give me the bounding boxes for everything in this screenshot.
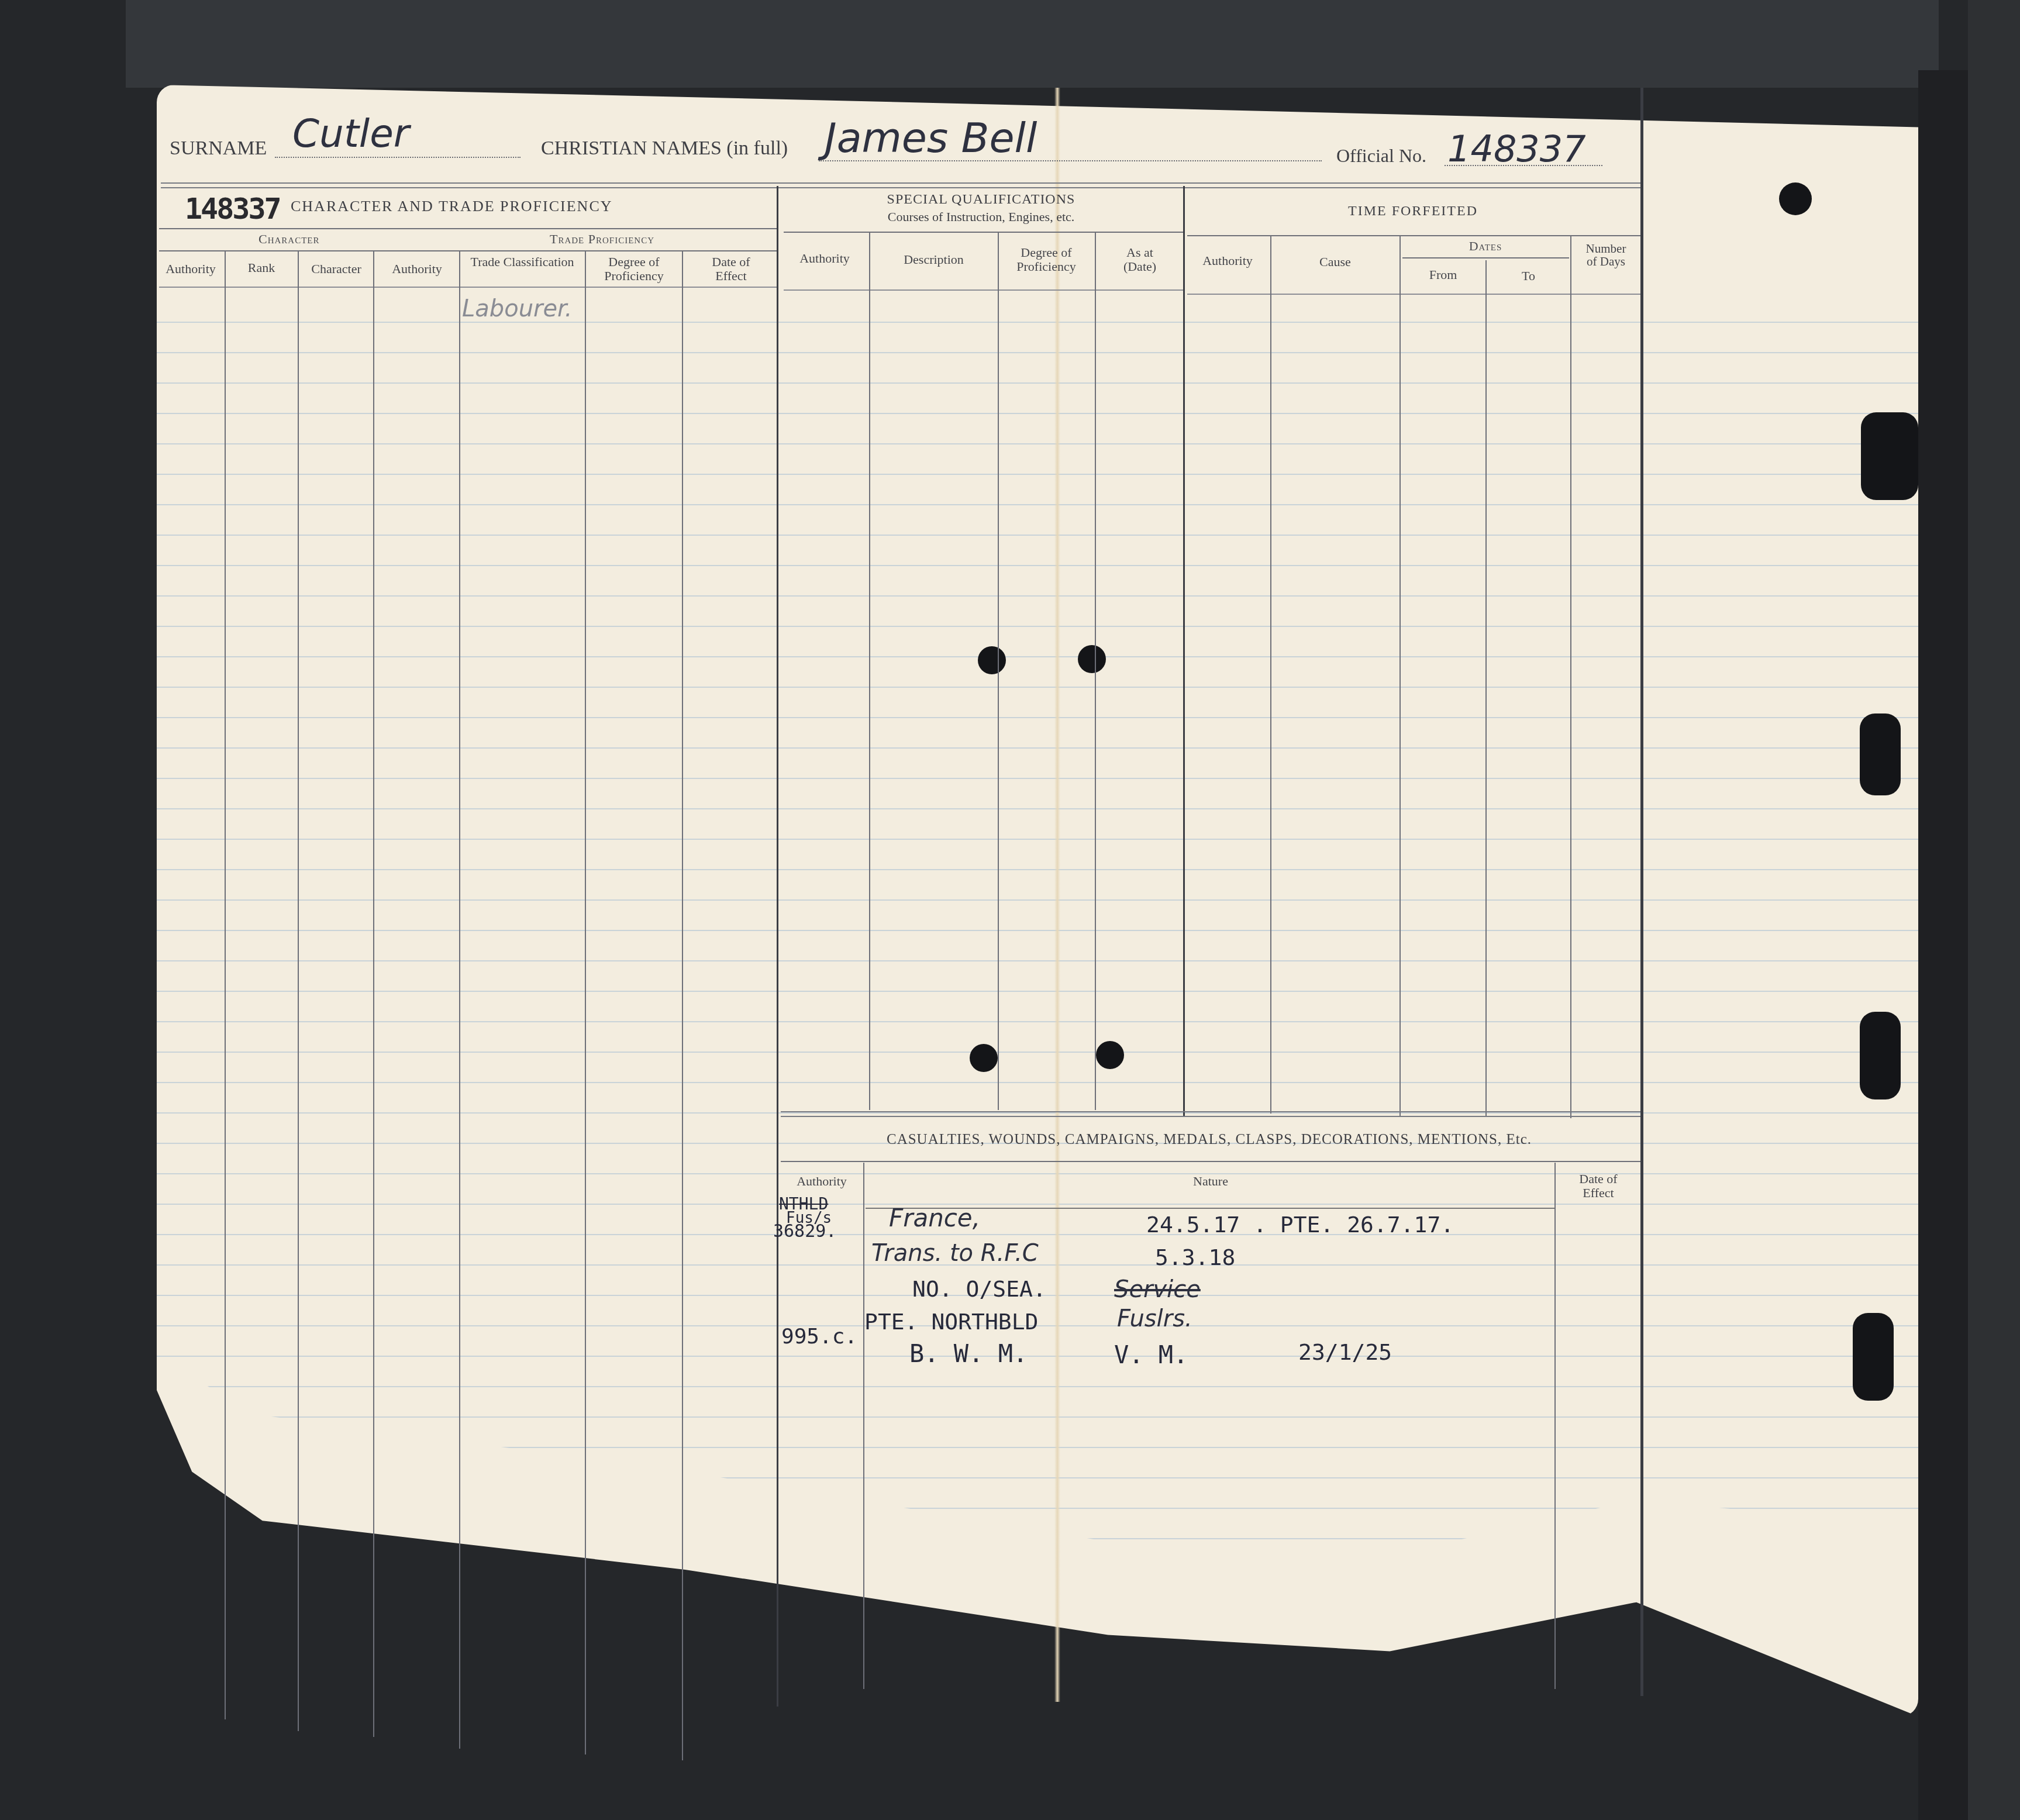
column-divider (1554, 1163, 1556, 1689)
nature-entry-left: PTE. NORTHBLD (864, 1309, 1038, 1335)
col-header-from: From (1401, 268, 1485, 282)
trade-group-label: Trade Proficiency (550, 232, 654, 247)
casualties-title: CASUALTIES, WOUNDS, CAMPAIGNS, MEDALS, C… (778, 1132, 1640, 1148)
nature-entry-right: Service (1114, 1276, 1201, 1303)
punch-hole (978, 646, 1006, 674)
col-header-to: To (1487, 269, 1570, 283)
col-header-sq-authority: Authority (781, 251, 868, 266)
column-header-rule (159, 287, 778, 288)
section-rule (784, 232, 1184, 233)
binder-ring-tab (1853, 1313, 1894, 1401)
casualties-top-rule (781, 1111, 1640, 1117)
surname-underline (275, 157, 520, 158)
punch-hole (970, 1044, 998, 1072)
column-header-rule (1187, 294, 1640, 295)
nature-entry-right: V. M. (1114, 1340, 1188, 1369)
nature-entry-date: 23/1/25 (1298, 1339, 1392, 1365)
nature-entry-right: 5.3.18 (1155, 1245, 1235, 1270)
nature-entry-left: B. W. M. (909, 1339, 1028, 1368)
column-divider (998, 233, 999, 1110)
column-divider (1485, 260, 1487, 1117)
nature-entry-right: 24.5.17 . PTE. 26.7.17. (1146, 1212, 1454, 1238)
official-no-value: 148337 (1447, 127, 1586, 170)
character-group-label: Character (258, 232, 320, 247)
column-divider (1570, 236, 1571, 1118)
section-rule (159, 228, 778, 229)
punch-hole (1096, 1041, 1124, 1069)
binder-ring-tab (1861, 412, 1918, 500)
binder-edge (1968, 0, 2020, 1820)
stamped-official-number: 148337 (185, 192, 280, 226)
christian-names-value: James Bell (825, 114, 1037, 162)
column-divider (682, 251, 683, 1760)
col-header-nature: Nature (866, 1174, 1556, 1188)
header-rule (161, 182, 1640, 188)
col-header-description: Description (871, 253, 997, 267)
col-header-trade-classification: Trade Classification (461, 255, 584, 269)
section-rule (159, 250, 778, 251)
col-header-date-of-effect: Date of Effect (684, 255, 778, 283)
binder-spine (1918, 70, 1971, 1820)
page-fold (1054, 88, 1060, 1702)
special-qualifications-title: SPECIAL QUALIFICATIONS (778, 192, 1184, 208)
column-divider (869, 233, 870, 1110)
col-header-authority-2: Authority (375, 262, 459, 276)
christian-names-label: CHRISTIAN NAMES (in full) (541, 137, 788, 160)
section-rule (1187, 235, 1640, 236)
col-header-tf-authority: Authority (1185, 254, 1270, 268)
column-divider (459, 251, 460, 1749)
column-divider (1095, 233, 1096, 1110)
section-rule (781, 1161, 1640, 1162)
nature-entry-right: Fuslrs. (1117, 1305, 1192, 1332)
dates-group-label: Dates (1401, 239, 1570, 254)
col-header-sq-degree: Degree of Proficiency (999, 246, 1094, 274)
col-header-cas-date-of-effect: Date of Effect (1557, 1172, 1640, 1200)
col-header-character: Character (299, 262, 373, 276)
trade-classification-entry: Labourer. (462, 295, 573, 322)
column-divider (373, 251, 374, 1737)
surname-label: SURNAME (170, 137, 267, 160)
official-no-label: Official No. (1336, 145, 1426, 167)
surname-value: Cutler (292, 111, 409, 156)
binder-ring-tab (1860, 713, 1901, 795)
time-forfeited-title: TIME FORFEITED (1185, 204, 1641, 219)
column-divider (298, 251, 299, 1731)
col-header-cause: Cause (1271, 255, 1399, 269)
nature-entry-left: France, (889, 1204, 980, 1232)
column-divider (1270, 236, 1271, 1114)
col-header-rank: Rank (226, 261, 297, 275)
col-header-cas-authority: Authority (779, 1174, 864, 1188)
special-qualifications-subtitle: Courses of Instruction, Engines, etc. (778, 209, 1184, 225)
column-divider (225, 251, 226, 1719)
punch-hole (1078, 645, 1106, 673)
col-header-authority: Authority (157, 262, 225, 276)
character-trade-title: CHARACTER AND TRADE PROFICIENCY (291, 198, 613, 215)
nature-entry-left: Trans. to R.F.C (871, 1240, 1039, 1267)
col-header-number-of-days: Number of Days (1572, 242, 1640, 268)
column-header-rule (784, 289, 1184, 291)
authority-entry: 995.c. (781, 1325, 857, 1349)
sheet-right-border (1640, 88, 1643, 1696)
column-divider (863, 1163, 864, 1689)
section-divider (777, 186, 778, 1707)
binder-ring-tab (1860, 1012, 1901, 1099)
column-divider (1399, 236, 1401, 1116)
nature-entry-left: NO. O/SEA. (912, 1276, 1046, 1302)
col-header-degree-of-proficiency: Degree of Proficiency (586, 255, 682, 283)
column-divider (585, 251, 586, 1754)
binder-cover-top (126, 0, 1939, 88)
punch-hole (1779, 182, 1812, 215)
authority-entry: 36829. (773, 1221, 836, 1242)
section-divider (1183, 186, 1185, 1116)
dates-rule (1402, 257, 1569, 258)
col-header-as-at-date: As at (Date) (1096, 246, 1184, 274)
